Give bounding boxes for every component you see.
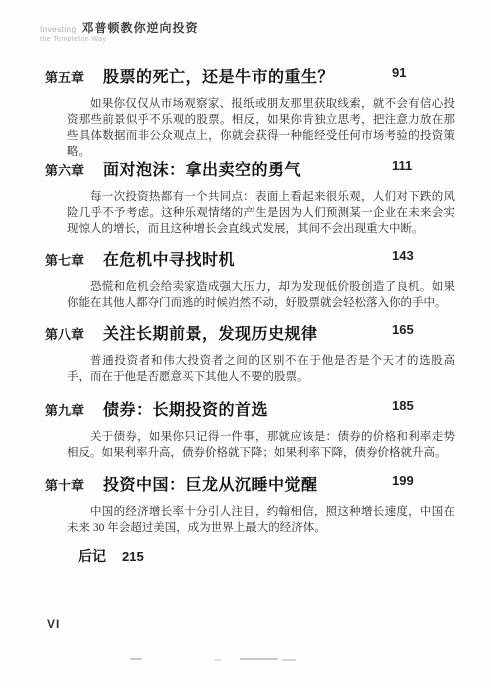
chapter-title: 债券：长期投资的首选 <box>103 397 268 420</box>
chapter-summary: 恐慌和危机会给卖家造成强大压力，却为发现低价股创造了良机。如果你能在其他人都夺门… <box>67 279 455 311</box>
chapter-title: 股票的死亡，还是牛市的重生？ <box>103 64 334 87</box>
toc-entry-epilogue: 后记 215 <box>78 546 144 566</box>
folio-page-number: VI <box>47 617 60 631</box>
chapter-title: 关注长期前景，发现历史规律 <box>103 321 318 344</box>
chapter-summary: 普通投资者和伟大投资者之间的区别不在于他是否是个天才的选股高手，而在于他是否愿意… <box>67 353 455 385</box>
epilogue-label: 后记 <box>78 546 106 566</box>
chapter-summary: 关于债券，如果你只记得一件事，那就应该是：债券的价格和利率走势相反。如果利率升高… <box>67 429 455 461</box>
scan-artifact-line <box>282 659 296 661</box>
brand-english-subtitle: the Templeton Way <box>40 36 199 44</box>
chapter-number-label: 第八章 <box>45 324 103 343</box>
chapter-summary: 中国的经济增长率十分引人注目，约翰相信，照这种增长速度，中国在未来 30 年会超… <box>67 504 455 536</box>
chapter-summary: 如果你仅仅从市场观察家、报纸或朋友那里获取线索，就不会有信心投资那些前景似乎不乐… <box>67 96 455 160</box>
toc-entry-chapter-7: 第七章 在危机中寻找时机 143 恐慌和危机会给卖家造成强大压力，却为发现低价股… <box>45 247 457 311</box>
chapter-page-number: 165 <box>392 322 414 337</box>
chapter-number-label: 第九章 <box>45 400 103 419</box>
chapter-title: 面对泡沫：拿出卖空的勇气 <box>103 157 301 180</box>
chapter-page-number: 111 <box>392 158 412 173</box>
chapter-number-label: 第六章 <box>45 160 103 179</box>
scan-artifact-line <box>130 658 142 660</box>
epilogue-page-number: 215 <box>122 549 144 564</box>
scan-artifact-line <box>214 659 222 661</box>
chapter-title: 在危机中寻找时机 <box>103 247 235 270</box>
chapter-number-label: 第七章 <box>45 250 103 269</box>
chapter-page-number: 91 <box>392 65 406 80</box>
toc-entry-chapter-5: 第五章 股票的死亡，还是牛市的重生？ 91 如果你仅仅从市场观察家、报纸或朋友那… <box>45 64 457 160</box>
chapter-number-label: 第五章 <box>45 67 103 86</box>
scan-artifact-line <box>240 658 278 660</box>
chapter-number-label: 第十章 <box>45 475 103 494</box>
toc-entry-chapter-6: 第六章 面对泡沫：拿出卖空的勇气 111 每一次投资热都有一个共同点：表面上看起… <box>45 157 457 237</box>
chapter-summary: 每一次投资热都有一个共同点：表面上看起来很乐观，人们对下跌的风险几乎不予考虑。这… <box>67 189 455 237</box>
brand-english-word: Investing <box>40 26 77 35</box>
book-title: 邓普顿教你逆向投资 <box>82 22 199 35</box>
chapter-page-number: 143 <box>392 248 414 263</box>
chapter-page-number: 199 <box>392 473 414 488</box>
toc-entry-chapter-9: 第九章 债券：长期投资的首选 185 关于债券，如果你只记得一件事，那就应该是：… <box>45 397 457 461</box>
toc-entry-chapter-8: 第八章 关注长期前景，发现历史规律 165 普通投资者和伟大投资者之间的区别不在… <box>45 321 457 385</box>
chapter-page-number: 185 <box>392 398 414 413</box>
toc-page: Investing 邓普顿教你逆向投资 the Templeton Way 第五… <box>0 0 491 688</box>
chapter-title: 投资中国：巨龙从沉睡中觉醒 <box>103 472 318 495</box>
toc-entry-chapter-10: 第十章 投资中国：巨龙从沉睡中觉醒 199 中国的经济增长率十分引人注目，约翰相… <box>45 472 457 536</box>
book-brand-header: Investing 邓普顿教你逆向投资 the Templeton Way <box>40 22 199 44</box>
